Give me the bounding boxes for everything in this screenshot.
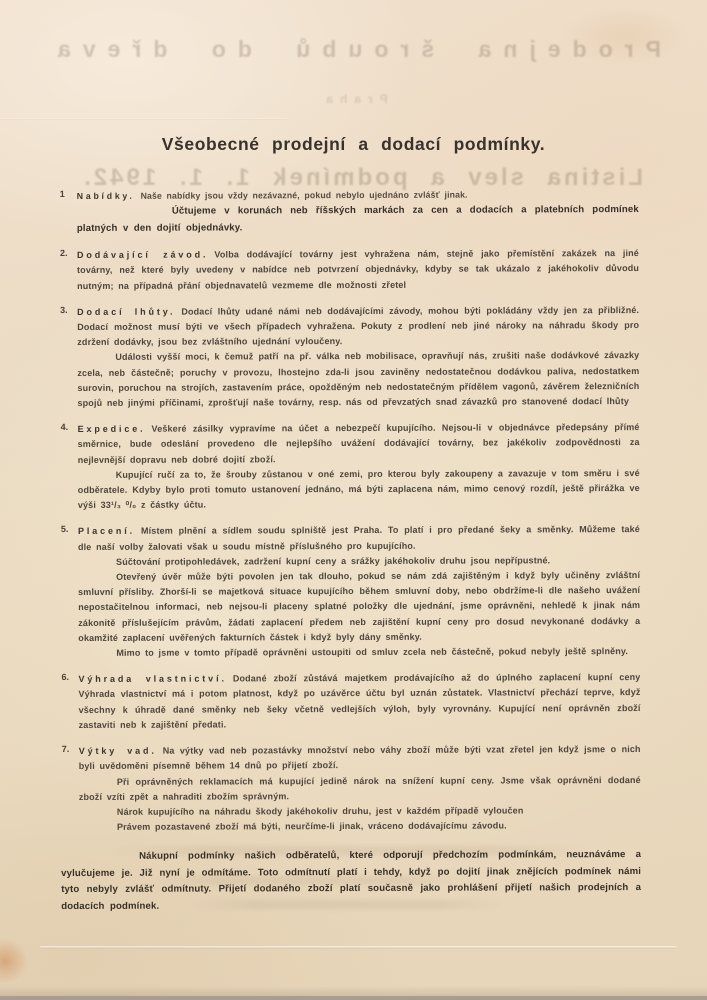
section-heading: Placení. [78,526,135,536]
ghost-bleedthrough-headline: Prodejna šroubů do dřeva [35,36,672,63]
section-number: 1 [60,189,65,199]
section-heading: Výtky vad. [79,746,157,756]
section-number: 2. [60,248,68,258]
section-heading: Expedice. [78,424,146,434]
section-heading: Výhrada vlastnictví. [78,674,226,685]
closing-paragraph: Nákupní podmínky našich odběratelů, kter… [61,847,641,915]
section-heading: Dodací lhůty. [77,306,175,316]
ghost-bleedthrough-subline: Praha [0,92,707,106]
section-number: 5. [61,524,69,534]
section-vyhrada-vlastnictvi: 6. Výhrada vlastnictví.Dodané zboží zůst… [78,670,640,733]
paragraph: Při oprávněných reklamacích má kupující … [79,773,641,805]
section-heading: Nabídky. [77,191,135,201]
section-nabidky: 1 Nabídky.Naše nabídky jsou vždy nezávaz… [77,187,639,237]
document-title: Všeobecné prodejní a dodací podmínky. [0,134,707,155]
section-vytky-vad: 7. Výtky vad.Na výtky vad neb pozastávky… [79,742,641,835]
section-placeni: 5. Placení.Místem plnění a sídlem soudu … [78,522,640,661]
section-number: 3. [60,305,68,315]
section-number: 6. [61,672,69,682]
document-body: 1 Nabídky.Naše nabídky jsou vždy nezávaz… [77,187,642,915]
paragraph: Na výtky vad neb pozastávky množství neb… [79,744,641,771]
paragraph: Účtujeme v korunách neb říšských markách… [77,202,639,237]
paper-stain [560,6,690,66]
paragraph: Místem plnění a sídlem soudu splniště je… [78,524,640,551]
paragraph: Právem pozastavené zboží má býti, neurčí… [79,818,641,835]
scan-edge-shadow [0,986,707,996]
paragraph: Otevřený úvěr může býti povolen jen tak … [78,568,640,646]
section-expedice: 4. Expedice.Veškeré zásilky vypravíme na… [78,420,640,513]
paper-stain [0,938,28,984]
paragraph: Mimo to jsme v tomto případě oprávněni u… [78,644,640,661]
section-number: 7. [62,744,70,754]
paper-crease [0,118,287,120]
paper-fold-crease [40,946,677,949]
paragraph: Naše nabídky jsou vždy nezávazné, pokud … [141,190,468,201]
paragraph: Kupující ručí za to, že šrouby zůstanou … [78,466,640,514]
section-heading: Dodávající závod. [77,250,208,260]
section-dodavajici-zavod: 2. Dodávající závod.Volba dodávající tov… [77,246,639,294]
section-number: 4. [61,422,69,432]
paragraph: Události vyšší moci, k čemuž patří na př… [77,348,639,411]
scan-edge [0,996,707,1000]
section-dodaci-lhuty: 3. Dodací lhůty.Dodací lhůty udané námi … [77,303,639,411]
scanned-document-page: { "doc": { "title": "Všeobecné prodejní … [0,0,707,1000]
paragraph: Veškeré zásilky vypravíme na účet a nebe… [78,422,640,464]
